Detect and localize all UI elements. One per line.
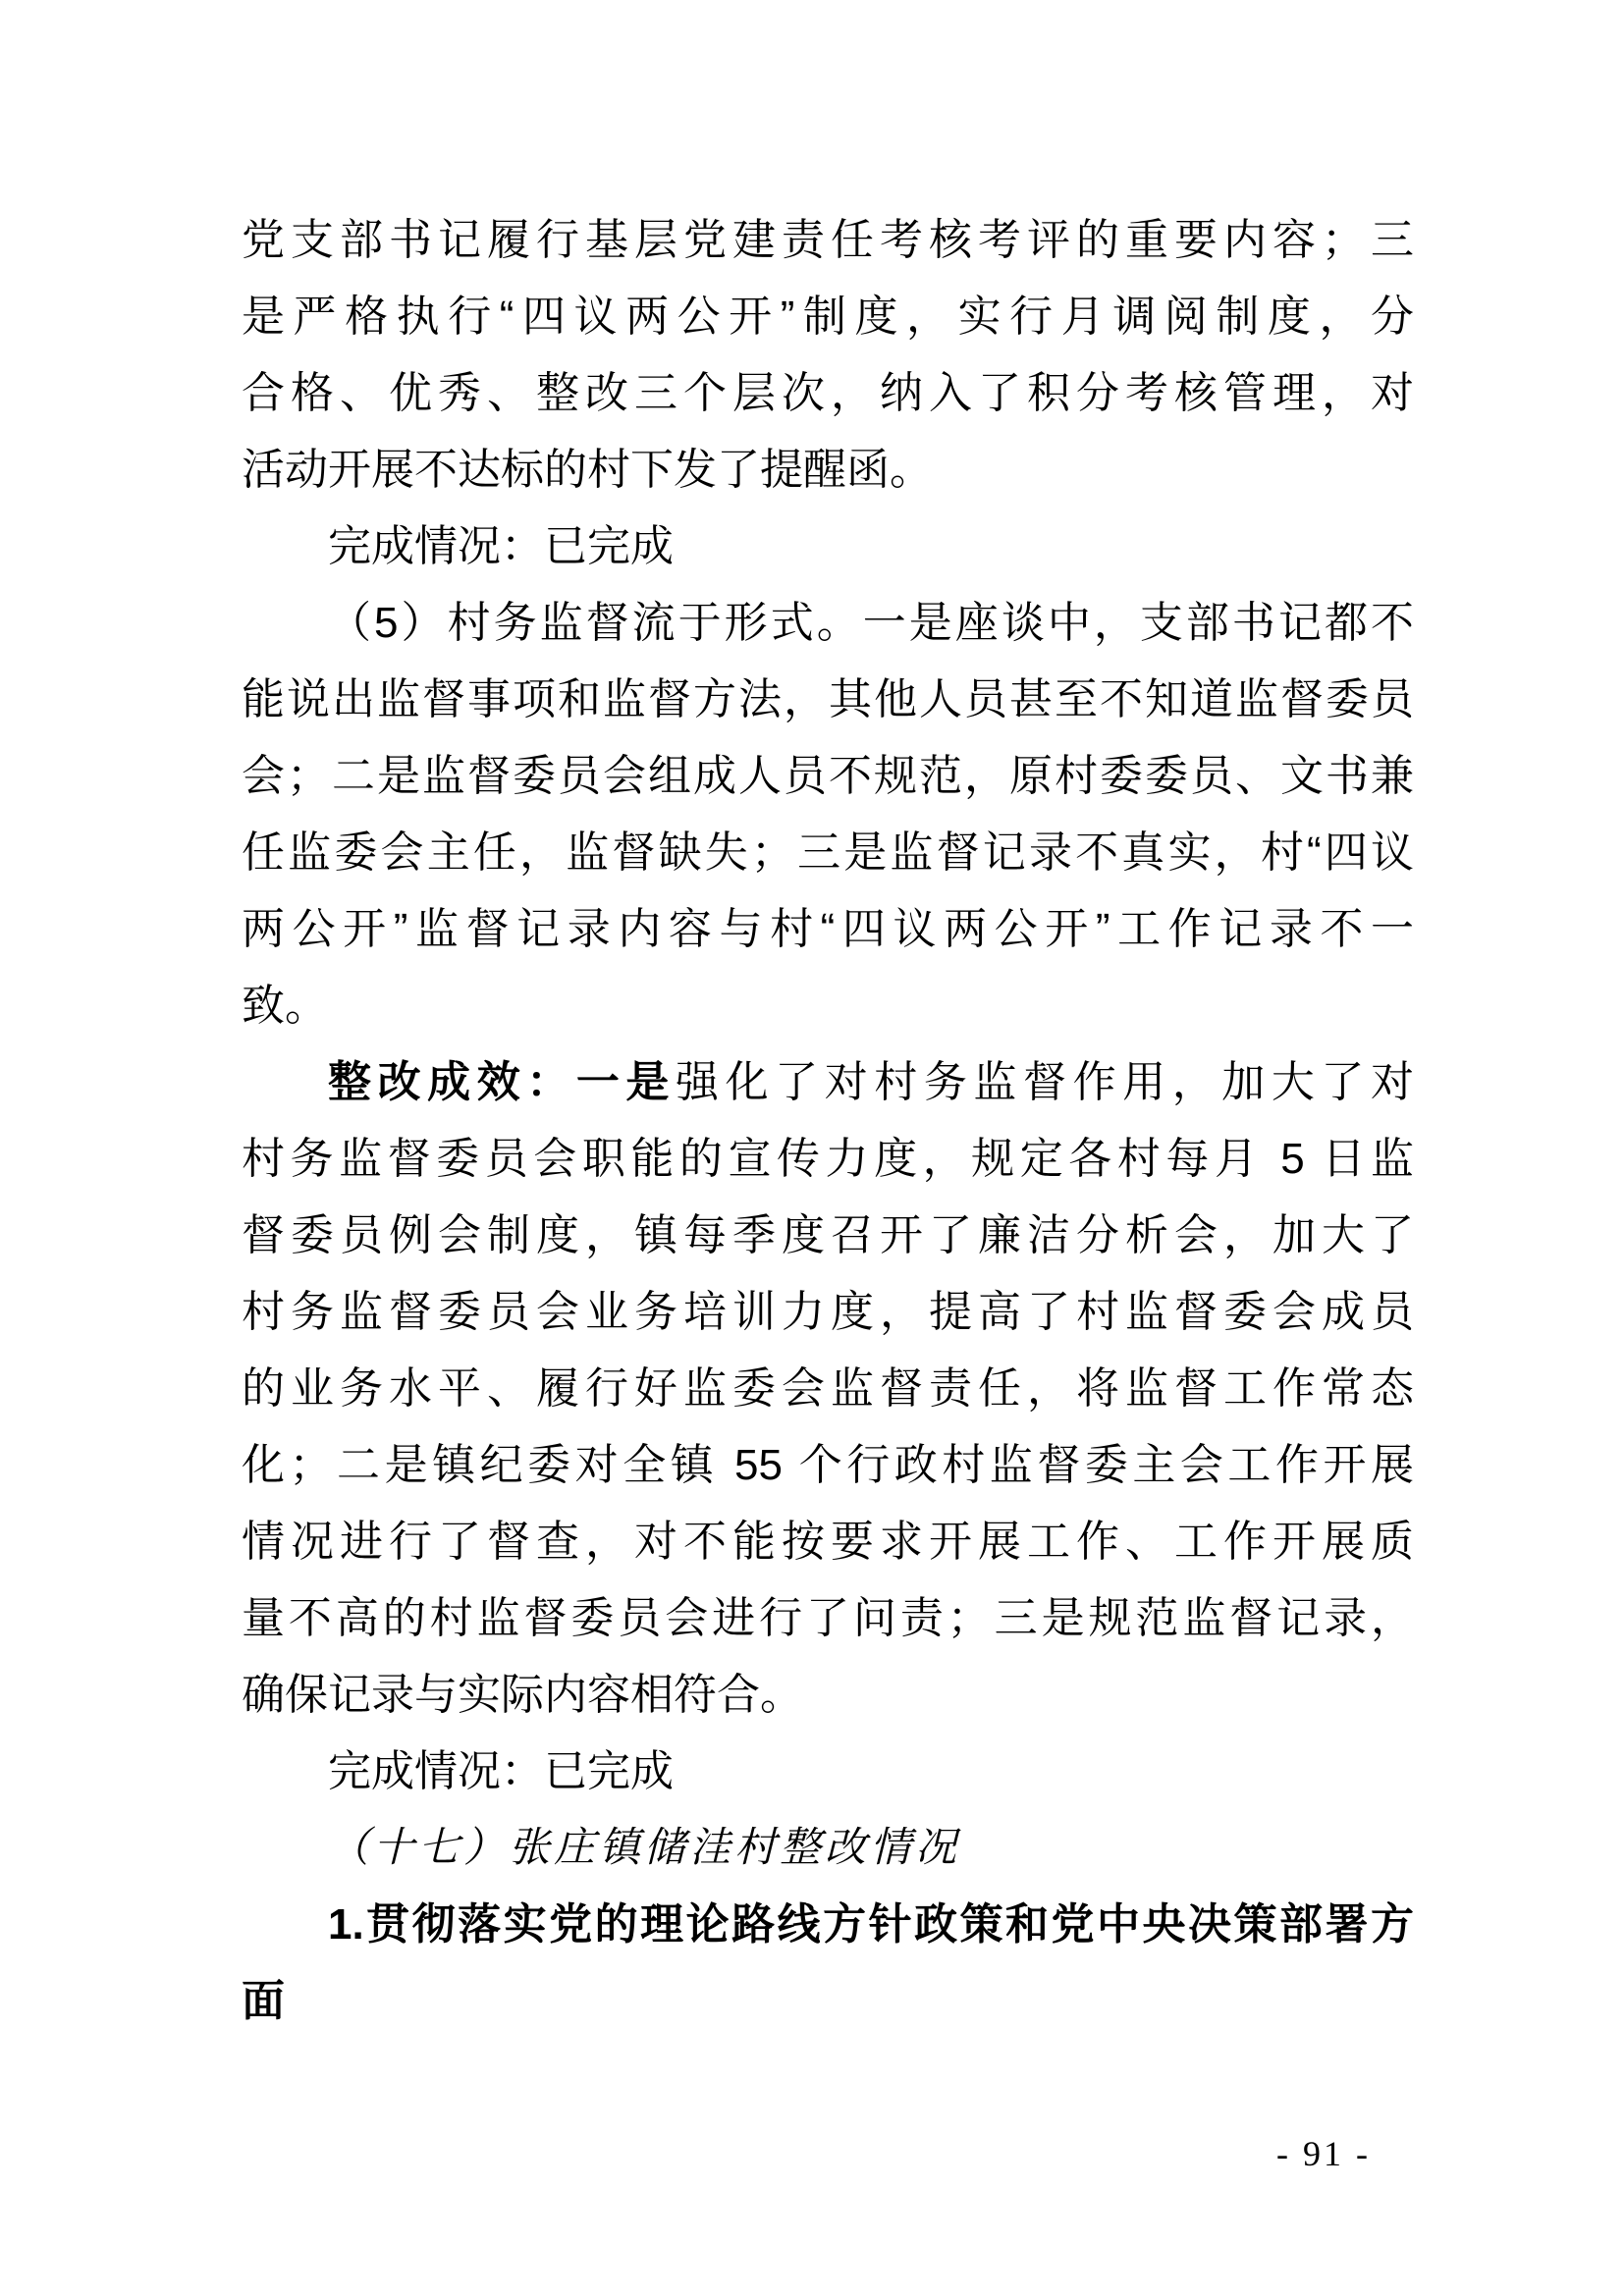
text-line: 任监委会主任，监督缺失；三是监督记录不真实，村“四议 xyxy=(242,815,1414,891)
text-line: （十七）张庄镇储洼村整改情况 xyxy=(242,1810,1414,1887)
text-line: 党支部书记履行基层党建责任考核考评的重要内容；三 xyxy=(242,202,1414,279)
text-line: 村务监督委员会职能的宣传力度，规定各村每月 5 日监 xyxy=(242,1121,1414,1198)
text-line: 完成情况：已完成 xyxy=(242,508,1414,585)
text-line: （5）村务监督流于形式。一是座谈中，支部书记都不 xyxy=(242,585,1414,662)
text-line: 化；二是镇纪委对全镇 55 个行政村监督委主会工作开展 xyxy=(242,1427,1414,1504)
text-line: 面 xyxy=(242,1963,1414,2040)
text-line: 活动开展不达标的村下发了提醒函。 xyxy=(242,432,1414,508)
text-line: 1.贯彻落实党的理论路线方针政策和党中央决策部署方 xyxy=(242,1887,1414,1963)
text-line: 确保记录与实际内容相符合。 xyxy=(242,1657,1414,1734)
bold-lead-text: 整改成效：一是 xyxy=(328,1058,676,1106)
document-page: 党支部书记履行基层党建责任考核考评的重要内容；三是严格执行“四议两公开”制度，实… xyxy=(0,0,1624,2296)
text-line: 会；二是监督委员会组成人员不规范，原村委委员、文书兼 xyxy=(242,738,1414,815)
body-text: 强化了对村务监督作用，加大了对 xyxy=(676,1058,1414,1106)
text-line: 督委员例会制度，镇每季度召开了廉洁分析会，加大了 xyxy=(242,1198,1414,1274)
page-number: - 91 - xyxy=(1276,2132,1371,2175)
text-line: 整改成效：一是强化了对村务监督作用，加大了对 xyxy=(242,1044,1414,1121)
text-line: 是严格执行“四议两公开”制度，实行月调阅制度，分 xyxy=(242,279,1414,355)
text-line: 情况进行了督查，对不能按要求开展工作、工作开展质 xyxy=(242,1504,1414,1580)
text-line: 致。 xyxy=(242,968,1414,1044)
text-line: 量不高的村监督委员会进行了问责；三是规范监督记录， xyxy=(242,1580,1414,1657)
text-line: 合格、优秀、整改三个层次，纳入了积分考核管理，对 xyxy=(242,355,1414,432)
text-line: 村务监督委员会业务培训力度，提高了村监督委会成员 xyxy=(242,1274,1414,1351)
document-lines: 党支部书记履行基层党建责任考核考评的重要内容；三是严格执行“四议两公开”制度，实… xyxy=(242,202,1414,2040)
text-line: 的业务水平、履行好监委会监督责任，将监督工作常态 xyxy=(242,1351,1414,1427)
text-line: 能说出监督事项和监督方法，其他人员甚至不知道监督委员 xyxy=(242,662,1414,738)
text-line: 两公开”监督记录内容与村“四议两公开”工作记录不一 xyxy=(242,891,1414,968)
text-line: 完成情况：已完成 xyxy=(242,1734,1414,1810)
